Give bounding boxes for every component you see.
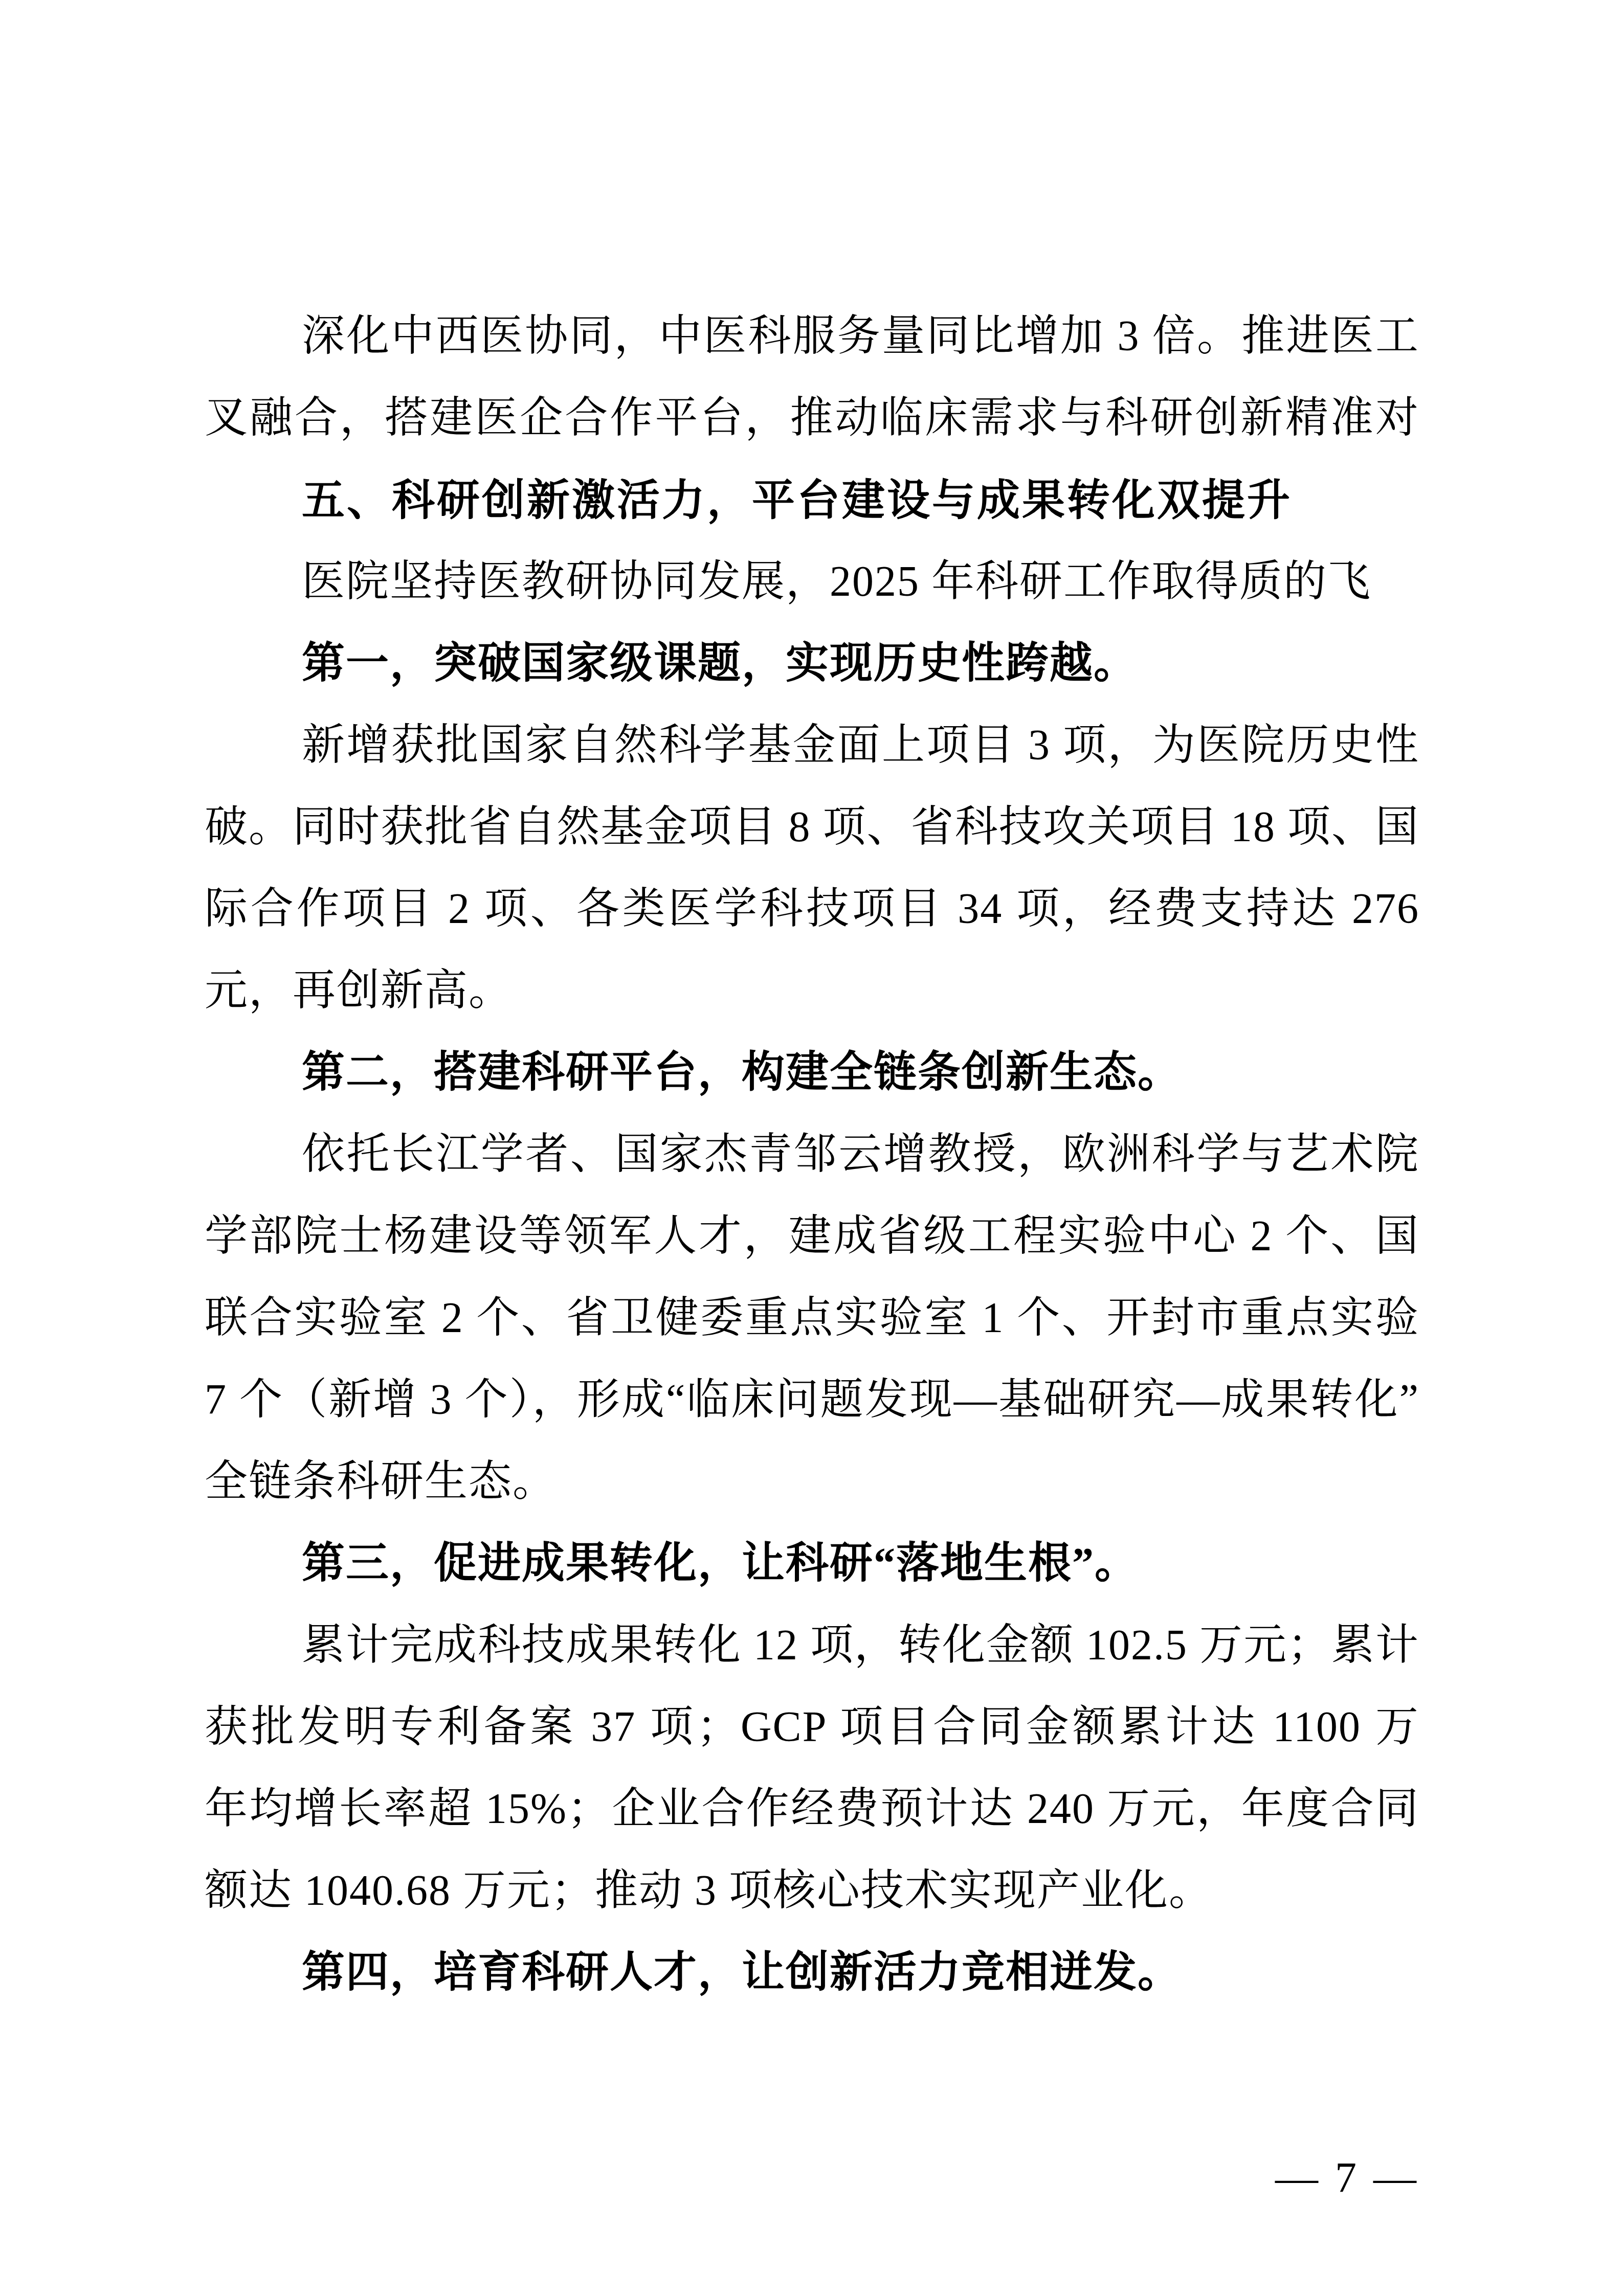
paragraph-line: 全链条科研生态。: [205, 1441, 1419, 1523]
paragraph-line: 获批发明专利备案 37 项；GCP 项目合同金额累计达 1100 万元，: [205, 1686, 1419, 1768]
paragraph-line: 学部院士杨建设等领军人才，建成省级工程实验中心 2 个、国际: [205, 1196, 1419, 1277]
document-body: 深化中西医协同，中医科服务量同比增加 3 倍。推进医工交 叉融合，搭建医企合作平…: [205, 296, 1419, 2014]
subsection-heading: 第一，突破国家级课题，实现历史性跨越。: [205, 623, 1419, 705]
paragraph-line: 元，再创新高。: [205, 950, 1419, 1032]
page-footer: — 7 —: [205, 2137, 1419, 2219]
paragraph-line: 新增获批国家自然科学基金面上项目 3 项，为医院历史性突: [205, 705, 1419, 786]
subsection-heading: 第三，促进成果转化，让科研“落地生根”。: [205, 1523, 1419, 1605]
document-page: 深化中西医协同，中医科服务量同比增加 3 倍。推进医工交 叉融合，搭建医企合作平…: [0, 0, 1624, 2296]
paragraph-line: 深化中西医协同，中医科服务量同比增加 3 倍。推进医工交: [205, 296, 1419, 377]
paragraph-line: 破。同时获批省自然基金项目 8 项、省科技攻关项目 18 项、国: [205, 786, 1419, 868]
page-number: — 7 —: [1275, 2154, 1419, 2202]
subsection-heading: 第四，培育科研人才，让创新活力竞相迸发。: [205, 1932, 1419, 2014]
paragraph-line: 叉融合，搭建医企合作平台，推动临床需求与科研创新精准对接。: [205, 377, 1419, 459]
paragraph-line: 7 个（新增 3 个），形成“临床问题发现—基础研究—成果转化”: [205, 1359, 1419, 1441]
subsection-heading: 第二，搭建科研平台，构建全链条创新生态。: [205, 1032, 1419, 1114]
section-heading: 五、科研创新激活力，平台建设与成果转化双提升: [205, 459, 1419, 541]
paragraph-line: 际合作项目 2 项、各类医学科技项目 34 项，经费支持达 276 万: [205, 868, 1419, 950]
paragraph-line: 额达 1040.68 万元；推动 3 项核心技术实现产业化。: [205, 1850, 1419, 1932]
paragraph-line: 联合实验室 2 个、省卫健委重点实验室 1 个、开封市重点实验室: [205, 1277, 1419, 1359]
paragraph-line: 累计完成科技成果转化 12 项，转化金额 102.5 万元；累计: [205, 1605, 1419, 1686]
paragraph-line: 依托长江学者、国家杰青邹云增教授，欧洲科学与艺术院医: [205, 1114, 1419, 1196]
paragraph-line: 年均增长率超 15%；企业合作经费预计达 240 万元，年度合同金: [205, 1768, 1419, 1850]
paragraph-line: 医院坚持医教研协同发展，2025 年科研工作取得质的飞跃。: [205, 541, 1419, 623]
